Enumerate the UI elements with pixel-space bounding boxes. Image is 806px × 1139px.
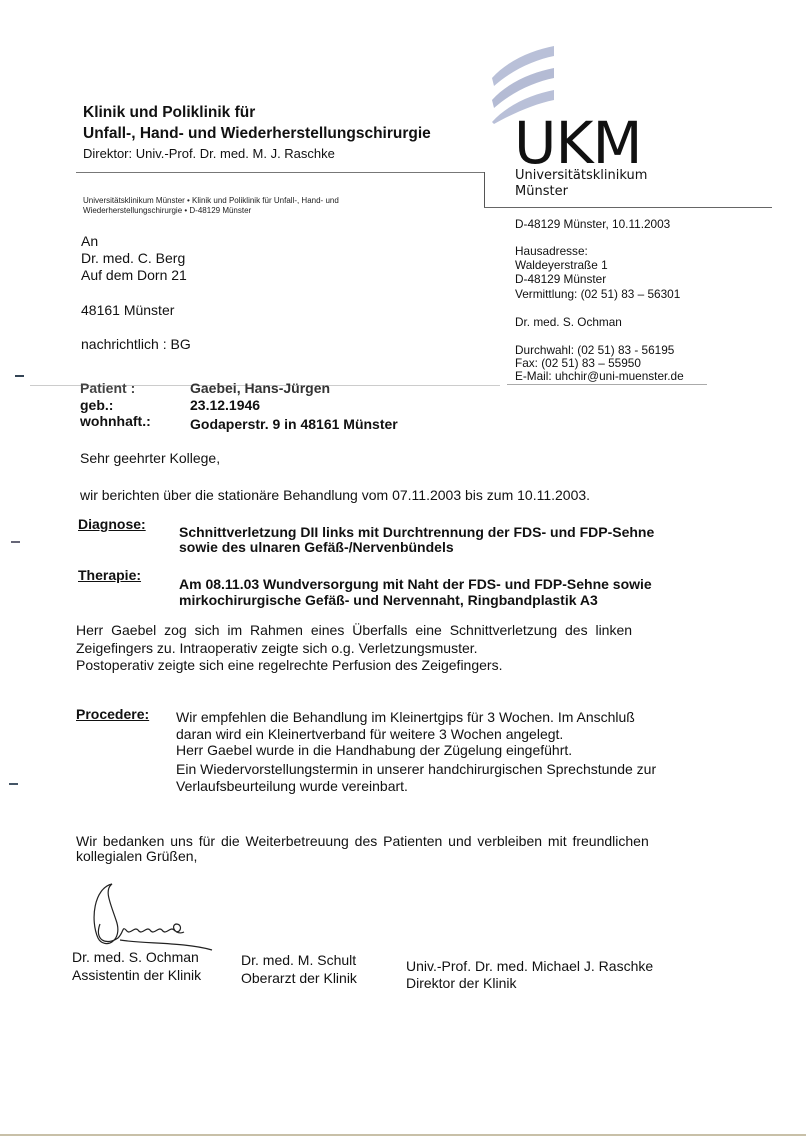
therapy-line1: Am 08.11.03 Wundversorgung mit Naht der … <box>179 576 652 592</box>
address-street: Waldeyerstraße 1 <box>515 259 608 273</box>
patient-dob: 23.12.1946 <box>190 397 260 414</box>
header-rule-left <box>76 172 485 173</box>
place-date: D-48129 Münster, 10.11.2003 <box>515 218 670 232</box>
procedure-line5: Verlaufsbeurteilung wurde vereinbart. <box>176 778 408 794</box>
email-address: E-Mail: uhchir@uni-muenster.de <box>515 370 684 384</box>
salutation: Sehr geehrter Kollege, <box>80 450 220 466</box>
logo-name-line2: Münster <box>515 183 568 200</box>
patient-residence: Godaperstr. 9 in 48161 Münster <box>190 416 398 433</box>
recipient-street: Auf dem Dorn 21 <box>81 267 187 284</box>
signatory-3-role: Direktor der Klinik <box>406 974 516 992</box>
fold-mark-middle <box>11 541 20 543</box>
procedure-line3: Herr Gaebel wurde in die Handhabung der … <box>176 742 572 758</box>
patient-name-label: Patient : <box>80 380 135 397</box>
recipient-cc: nachrichtlich : BG <box>81 336 191 353</box>
clinic-director: Direktor: Univ.-Prof. Dr. med. M. J. Ras… <box>83 146 335 161</box>
scan-bottom-edge <box>0 1134 806 1136</box>
header-rule-right <box>484 207 772 208</box>
contact-person: Dr. med. S. Ochman <box>515 316 622 330</box>
recipient-name: Dr. med. C. Berg <box>81 250 185 267</box>
address-city: D-48129 Münster <box>515 273 606 287</box>
fold-mark-top <box>15 375 24 377</box>
closing-line1: Wir bedanken uns für die Weiterbetreuung… <box>76 833 694 849</box>
history-line2: Zeigefingers zu. Intraoperativ zeigte si… <box>76 640 478 656</box>
therapy-label: Therapie: <box>78 567 141 583</box>
procedure-line2: daran wird ein Kleinertverband für weite… <box>176 726 563 742</box>
sender-return-address-line1: Universitätsklinikum Münster • Klinik un… <box>83 196 339 206</box>
recipient-city: 48161 Münster <box>81 302 174 319</box>
recipient-prefix: An <box>81 233 98 250</box>
header-rule-vertical <box>484 172 485 208</box>
diagnosis-line1: Schnittverletzung DII links mit Durchtre… <box>179 524 654 540</box>
handwritten-signature-icon <box>84 880 219 955</box>
signatory-2-name: Dr. med. M. Schult <box>241 951 356 969</box>
history-line1: Herr Gaebel zog sich im Rahmen eines Übe… <box>76 622 694 638</box>
switchboard-phone: Vermittlung: (02 51) 83 – 56301 <box>515 288 680 302</box>
signatory-1-name: Dr. med. S. Ochman <box>72 948 199 966</box>
signatory-1-role: Assistentin der Klinik <box>72 966 201 984</box>
address-label: Hausadresse: <box>515 245 588 259</box>
patient-residence-label: wohnhaft.: <box>80 413 151 430</box>
diagnosis-label: Diagnose: <box>78 516 146 532</box>
fold-mark-bottom <box>9 783 18 785</box>
signatory-3-name: Univ.-Prof. Dr. med. Michael J. Raschke <box>406 957 653 975</box>
closing-line2: kollegialen Grüßen, <box>76 848 197 864</box>
signatory-2-role: Oberarzt der Klinik <box>241 969 357 987</box>
sender-return-address-line2: Wiederherstellungschirurgie • D-48129 Mü… <box>83 206 251 216</box>
clinic-name-line2: Unfall-, Hand- und Wiederherstellungschi… <box>83 125 431 143</box>
procedure-line4: Ein Wiedervorstellungstermin in unserer … <box>176 761 656 777</box>
history-line3: Postoperativ zeigte sich eine regelrecht… <box>76 657 502 673</box>
procedure-line1: Wir empfehlen die Behandlung im Kleinert… <box>176 709 635 725</box>
patient-name: Gaebei, Hans-Jürgen <box>190 380 330 397</box>
logo-name-line1: Universitätsklinikum <box>515 167 647 184</box>
patient-dob-label: geb.: <box>80 397 113 414</box>
procedure-label: Procedere: <box>76 706 149 722</box>
info-underline <box>507 384 707 385</box>
logo-wordmark: UKM <box>514 114 642 172</box>
diagnosis-line2: sowie des ulnaren Gefäß-/Nervenbündels <box>179 539 454 555</box>
intro-paragraph: wir berichten über die stationäre Behand… <box>80 487 590 503</box>
therapy-line2: mirkochirurgische Gefäß- und Nervennaht,… <box>179 592 598 608</box>
clinic-name-line1: Klinik und Poliklinik für <box>83 104 255 122</box>
